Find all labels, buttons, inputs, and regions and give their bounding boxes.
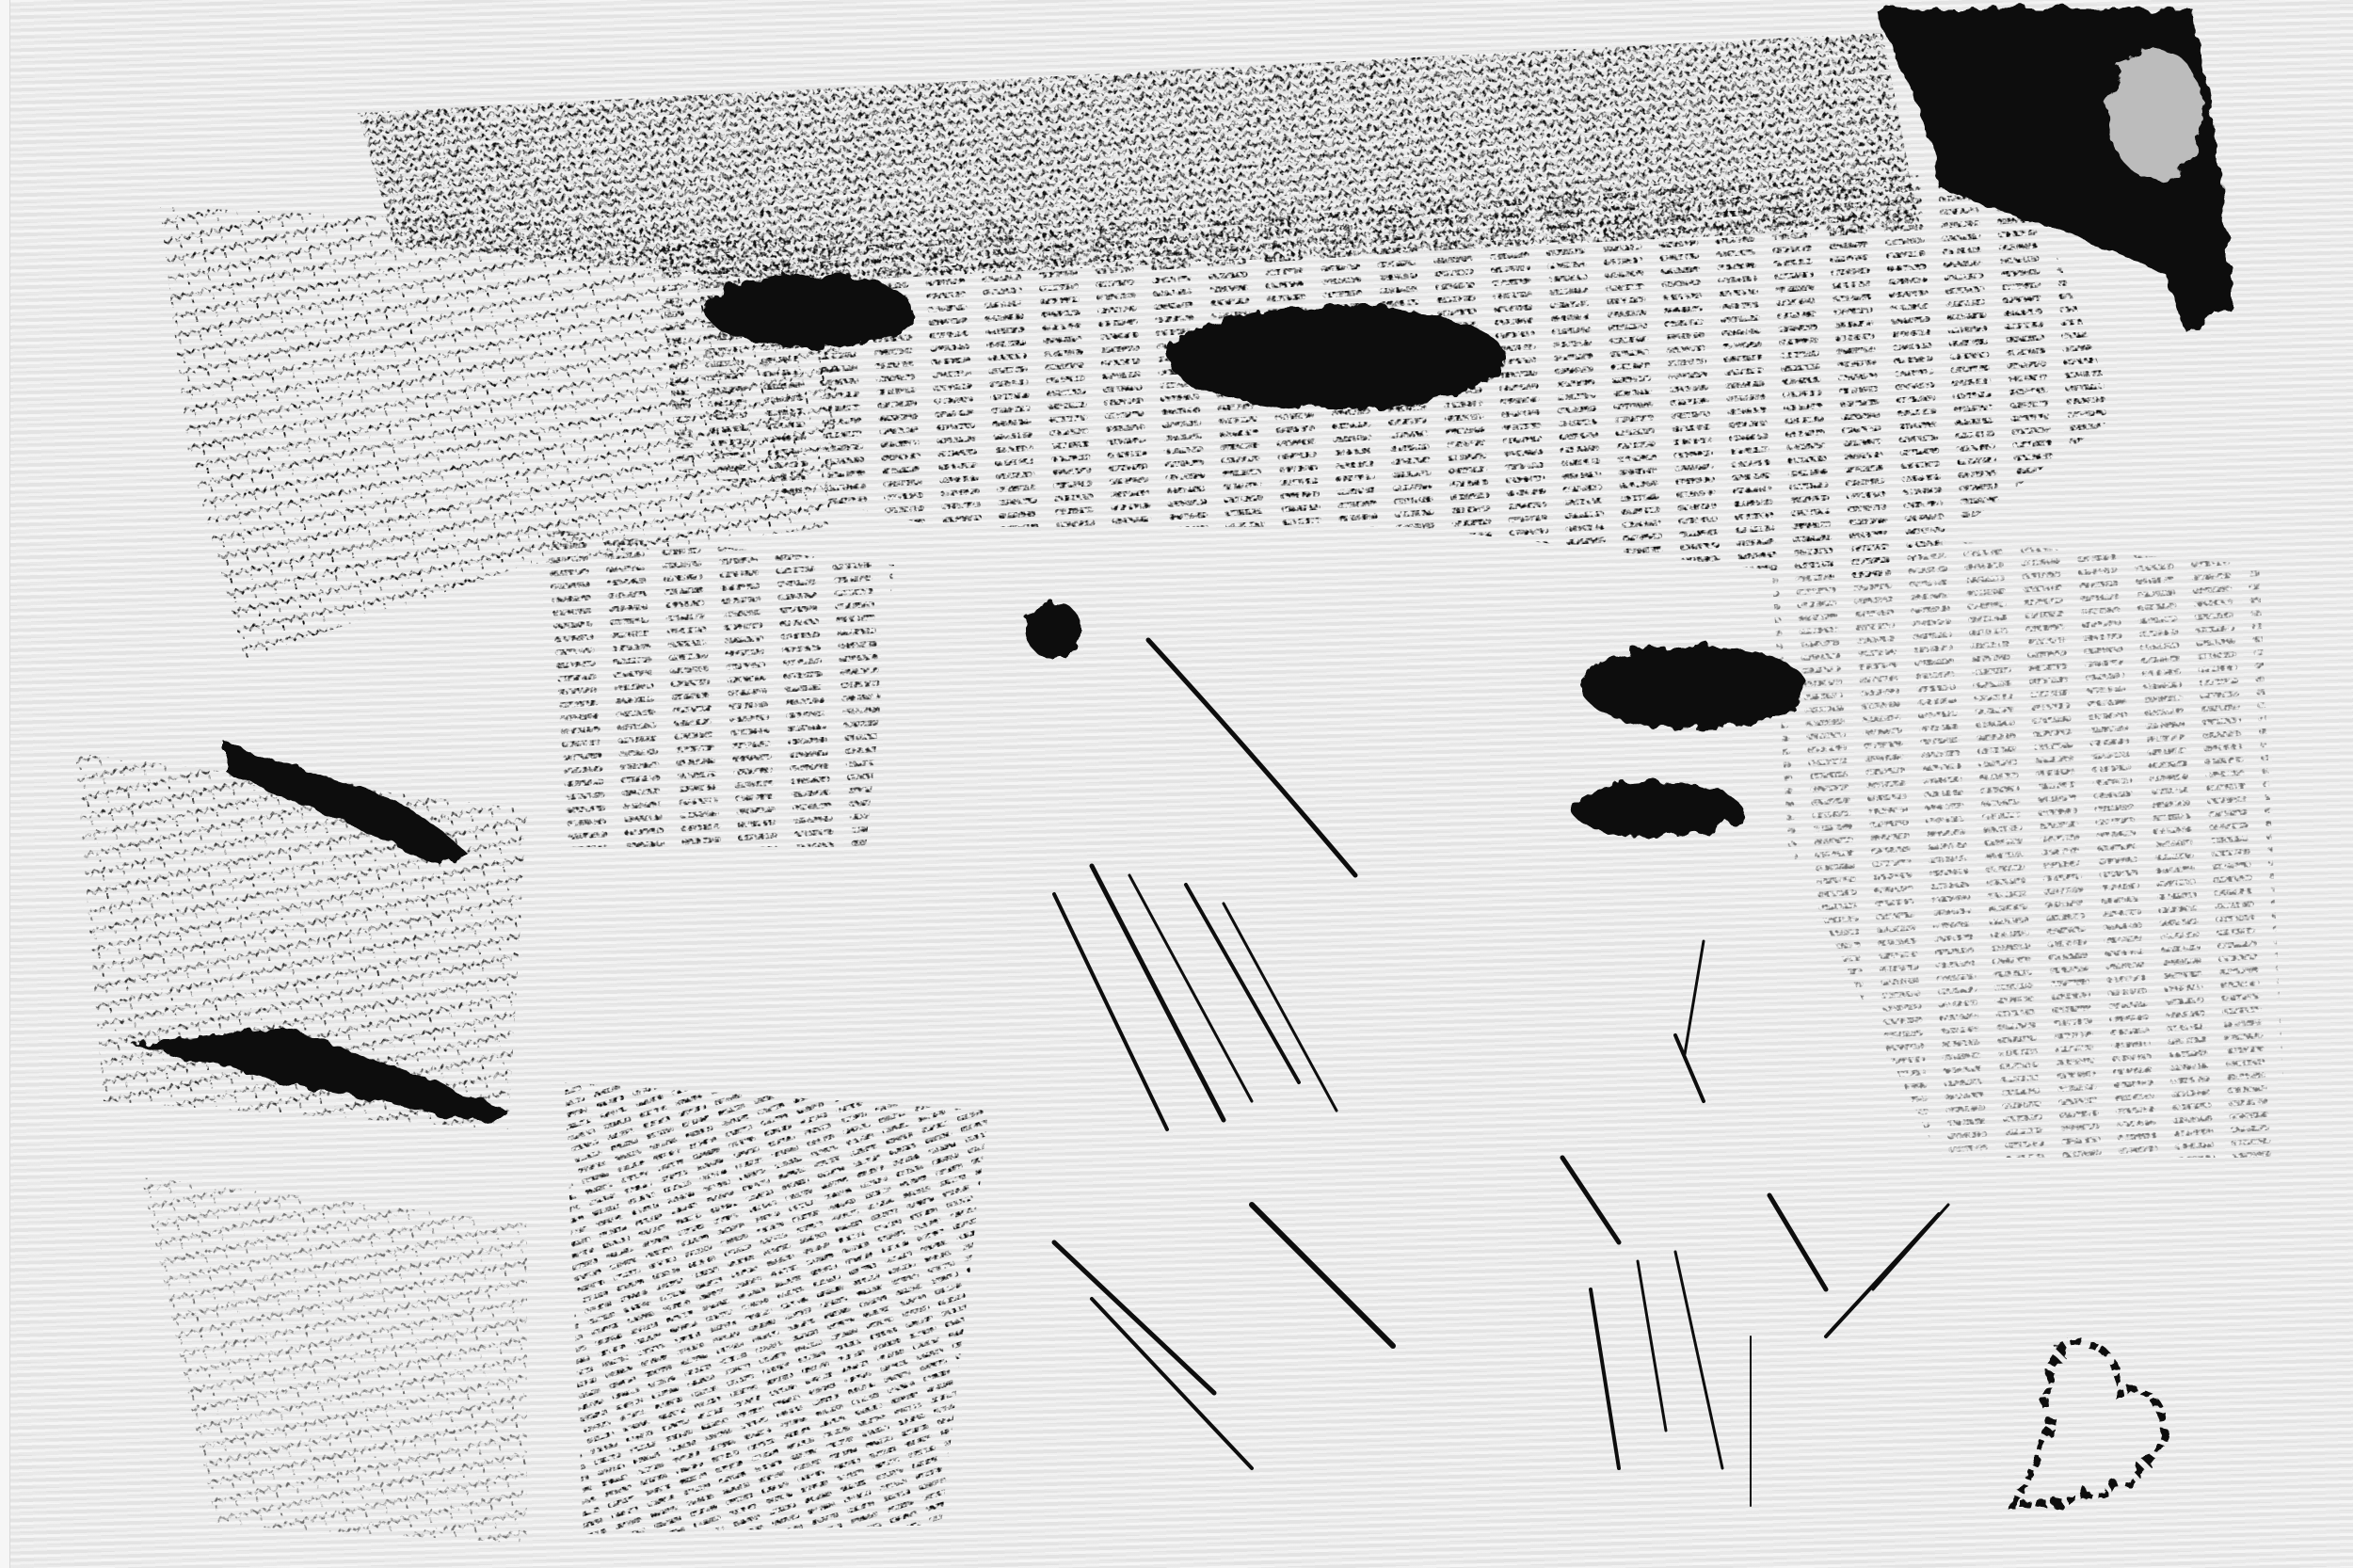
ink-print <box>0 0 2353 1568</box>
artwork-canvas <box>0 0 2353 1568</box>
heart-drawing <box>2014 1341 2165 1506</box>
